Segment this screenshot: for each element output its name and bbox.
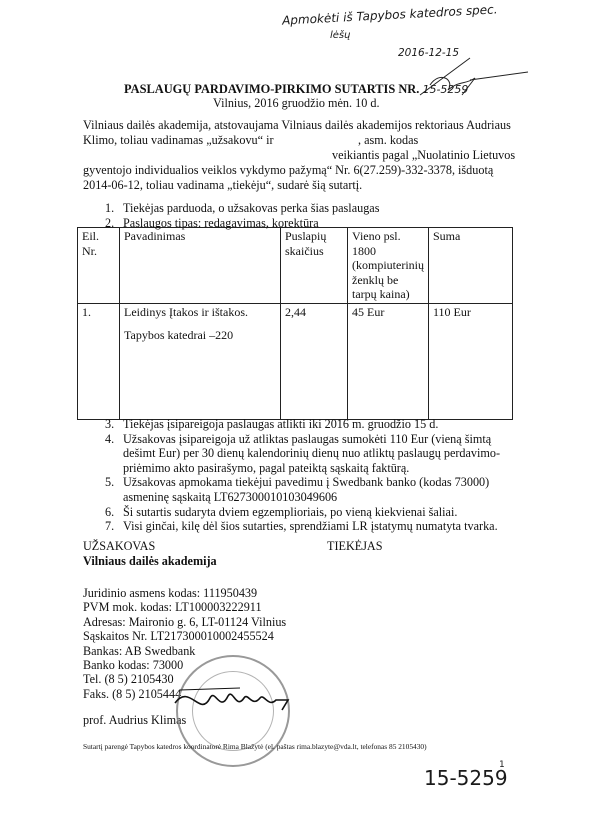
intro-line-2b: , asm. kodas <box>358 133 418 148</box>
clauses-bottom: 3.Tiekėjas įsipareigoja paslaugas atlikt… <box>97 417 500 534</box>
clause-number: 1. <box>105 201 114 216</box>
customer-label: UŽSAKOVAS <box>83 539 155 554</box>
vat-code: PVM mok. kodas: LT100003222911 <box>83 600 286 614</box>
intro-line-1: Vilniaus dailės akademija, atstovaujama … <box>83 118 511 133</box>
supplier-label: TIEKĖJAS <box>327 539 383 554</box>
clause-3: 3.Tiekėjas įsipareigoja paslaugas atlikt… <box>97 417 500 432</box>
handwritten-signature <box>170 678 300 728</box>
handwritten-payment-note: Apmokėti iš Tapybos katedros spec. <box>282 2 498 27</box>
clauses-top: 1.Tiekėjas parduoda, o užsakovas perka š… <box>97 201 379 230</box>
cell-pages: 2,44 <box>281 303 348 419</box>
header-cell-sum: Suma <box>429 228 513 304</box>
handwritten-document-number: 15-5259 <box>424 766 508 790</box>
handwritten-contract-number: 15-5259 <box>422 83 468 96</box>
intro-line-4: gyventojo individualios veiklos vykdymo … <box>83 163 493 178</box>
header-cell-pages: Puslapiųskaičius <box>281 228 348 304</box>
document-title: PASLAUGŲ PARDAVIMO-PIRKIMO SUTARTIS NR. … <box>124 82 468 97</box>
table-header-row: Eil.Nr. Pavadinimas Puslapiųskaičius Vie… <box>78 228 513 304</box>
cell-name: Leidinys Įtakos ir ištakos.Tapybos kated… <box>120 303 281 419</box>
cell-nr: 1. <box>78 303 120 419</box>
page-mark: 1 <box>499 760 505 770</box>
clause-text: Tiekėjas parduoda, o užsakovas perka šia… <box>123 201 379 215</box>
cell-unit-price: 45 Eur <box>348 303 429 419</box>
legal-entity-code: Juridinio asmens kodas: 111950439 <box>83 586 286 600</box>
intro-line-2a: Klimo, toliau vadinamas „užsakovu“ ir <box>83 133 274 148</box>
header-cell-name: Pavadinimas <box>120 228 281 304</box>
customer-name: Vilniaus dailės akademija <box>83 554 217 569</box>
clause-7: 7.Visi ginčai, kilę dėl šios sutarties, … <box>97 519 500 534</box>
table-row: 1. Leidinys Įtakos ir ištakos.Tapybos ka… <box>78 303 513 419</box>
clause-1: 1.Tiekėjas parduoda, o užsakovas perka š… <box>97 201 379 216</box>
footer-note: Sutartį parengė Tapybos katedros koordin… <box>83 742 427 751</box>
bank: Bankas: AB Swedbank <box>83 644 286 658</box>
intro-line-5: 2014-06-12, toliau vadinama „tiekėju“, s… <box>83 178 362 193</box>
account-number: Sąskaitos Nr. LT217300010002455524 <box>83 629 286 643</box>
header-cell-unit-price: Vieno psl.1800(kompiuteriniųženklų betar… <box>348 228 429 304</box>
place-date: Vilnius, 2016 gruodžio mėn. 10 d. <box>213 96 380 111</box>
header-cell-nr: Eil.Nr. <box>78 228 120 304</box>
cell-sum: 110 Eur <box>429 303 513 419</box>
services-table: Eil.Nr. Pavadinimas Puslapiųskaičius Vie… <box>77 227 513 420</box>
intro-line-3: veikiantis pagal „Nuolatinio Lietuvos <box>332 148 515 163</box>
handwritten-payment-note-line2: lėšų <box>330 30 350 41</box>
clause-4: 4.Užsakovas įsipareigoja už atliktas pas… <box>97 432 500 476</box>
clause-5: 5.Užsakovas apmokama tiekėjui pavedimu į… <box>97 475 500 504</box>
title-text: PASLAUGŲ PARDAVIMO-PIRKIMO SUTARTIS NR. <box>124 82 419 96</box>
clause-6: 6.Ši sutartis sudaryta dviem egzempliori… <box>97 505 500 520</box>
address: Adresas: Maironio g. 6, LT-01124 Vilnius <box>83 615 286 629</box>
